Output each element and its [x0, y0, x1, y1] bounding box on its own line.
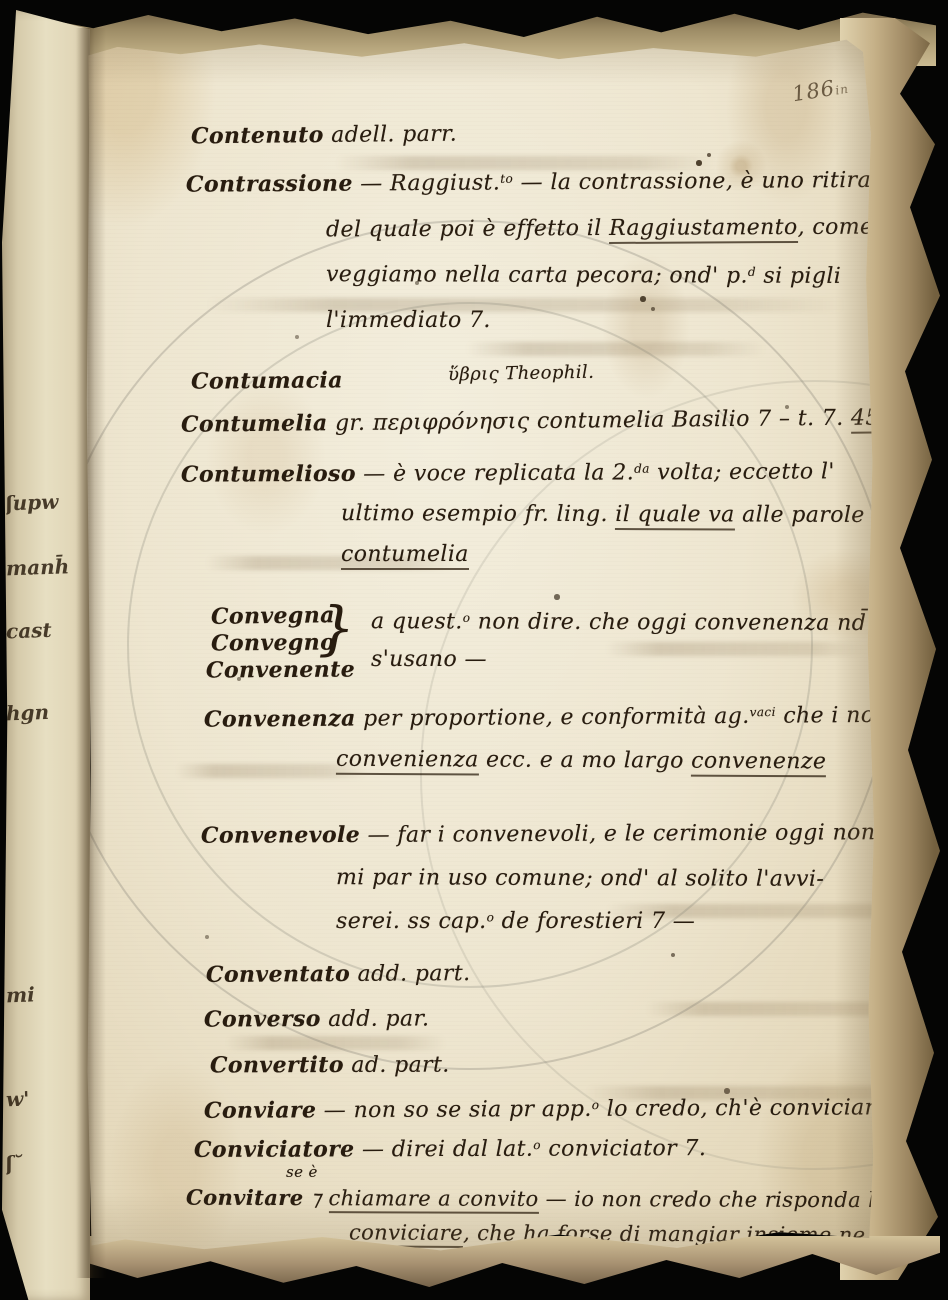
- left-page-sliver: ʃupwmanh̄casthgnmiw'ʃ˘: [2, 10, 90, 1300]
- page-edge-bottom: [28, 1236, 940, 1296]
- left-page-text-fragment: manh̄: [6, 554, 87, 581]
- manuscript-line: Conviare — non so se sia pr app.o lo cre…: [204, 1094, 874, 1124]
- manuscript-line: Convegno: [211, 629, 335, 656]
- left-page-text-fragment: w': [6, 1085, 87, 1112]
- manuscript-line: mi par in uso comune; ond' al solito l'a…: [336, 865, 824, 892]
- manuscript-line: l'immediato 7.: [326, 308, 491, 333]
- left-page-text-fragment: cast: [6, 617, 87, 644]
- manuscript-line: Convenenza per proportione, e conformità…: [204, 701, 874, 732]
- manuscript-line: Contrassione — Raggiust.to — la contrass…: [186, 166, 874, 197]
- manuscript-line: Convegna: [211, 602, 335, 630]
- manuscript-line: contumelia: [341, 542, 469, 567]
- manuscript-line: Conviciatore — direi dal lat.o conviciat…: [194, 1135, 706, 1163]
- manuscript-line: s'usano —: [371, 647, 487, 672]
- left-page-text-fragment: ʃupw: [6, 489, 87, 516]
- manuscript-photo: ʃupwmanh̄casthgnmiw'ʃ˘ 186in Contenuto a…: [0, 0, 948, 1300]
- manuscript-line: }: [318, 594, 355, 662]
- left-page-text-fragment: ʃ˘: [6, 1149, 87, 1176]
- manuscript-line: Converso add. par.: [204, 1005, 430, 1032]
- left-page-text-fragment: mi: [6, 981, 87, 1008]
- manuscript-line: Convitare ⁊ chiamare a convito — io non …: [186, 1185, 874, 1213]
- manuscript-line: Contumelia gr. περιφρόνησις contumelia B…: [181, 404, 874, 437]
- manuscript-line: del quale poi è effetto il Raggiustament…: [326, 215, 874, 243]
- manuscript-line: veggiamo nella carta pecora; ond' p.d si…: [326, 262, 841, 289]
- manuscript-line: Convenevole — far i convenevoli, e le ce…: [201, 819, 874, 849]
- left-page-text-fragment: hgn: [6, 699, 87, 726]
- manuscript-line: ὕβρις Theophil.: [448, 362, 595, 386]
- manuscript-line: serei. ss cap.o de forestieri 7 —: [336, 909, 695, 934]
- handwriting-layer: Contenuto adell. parr.Contrassione — Rag…: [86, 36, 874, 1254]
- manuscript-line: Conventato add. part.: [206, 960, 471, 988]
- manuscript-line: ultimo esempio fr. ling. il quale va all…: [341, 501, 865, 528]
- manuscript-line: Convertito ad. part.: [210, 1052, 450, 1079]
- manuscript-line: a quest.o non dire. che oggi convenenza …: [371, 609, 866, 636]
- manuscript-line: Contenuto adell. parr.: [191, 121, 457, 150]
- manuscript-line: Contumacia: [191, 367, 343, 394]
- book-page: 186in Contenuto adell. parr.Contrassione…: [86, 36, 874, 1254]
- manuscript-line: convenienza ecc. e a mo largo convenenze: [336, 747, 826, 775]
- manuscript-line: se è: [286, 1163, 318, 1181]
- manuscript-line: Contumelioso — è voce replicata la 2.da …: [181, 458, 835, 487]
